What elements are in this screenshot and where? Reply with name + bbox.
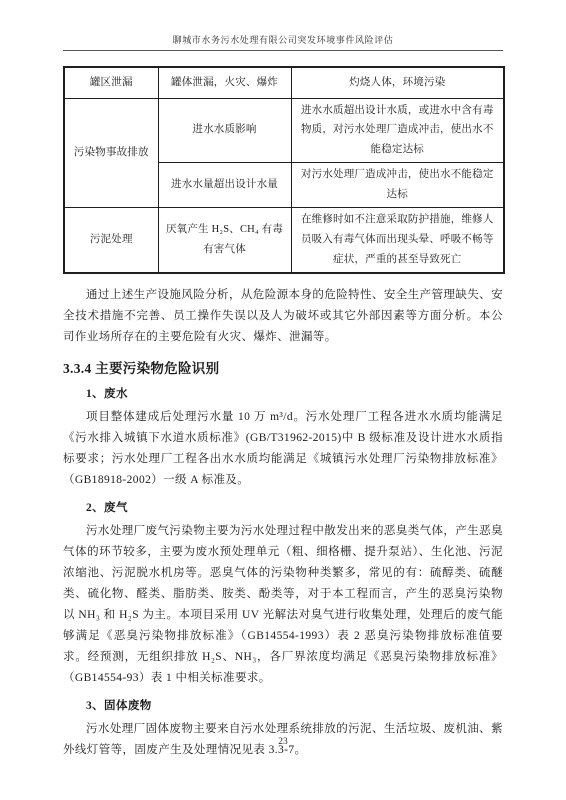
table-cell-consequence: 进水水质超出设计水质，或进水中含有毒物质，对污水处理厂造成冲击，使出水不能稳定达…: [291, 98, 504, 163]
subsection-title-waste-gas: 2、废气: [63, 498, 503, 519]
table-row-pollutant-discharge-quality: 污染物事故排放 进水水质影响 进水水质超出设计水质，或进水中含有毒物质，对污水处…: [64, 98, 504, 163]
subsection-title-solid-waste: 3、固体废物: [63, 696, 503, 717]
table-cell-risk-source: 污染物事故排放: [64, 98, 158, 208]
table-cell-risk-type: 罐体泄漏，火灾、爆炸: [158, 67, 291, 98]
table-cell-risk-type: 进水水质影响: [158, 98, 291, 163]
table-cell-risk-source: 污泥处理: [64, 208, 158, 273]
page-number: 23: [63, 737, 503, 747]
page-header: 聊城市水务污水处理有限公司突发环境事件风险评估: [63, 0, 503, 51]
waste-gas-paragraph: 污水处理厂废气污染物主要为污水处理过程中散发出来的恶臭类气体，产生恶臭气体的环节…: [63, 521, 503, 689]
document-page-content: 聊城市水务污水处理有限公司突发环境事件风险评估 罐区泄漏 罐体泄漏，火灾、爆炸 …: [63, 0, 503, 761]
table-row-tank-leak: 罐区泄漏 罐体泄漏，火灾、爆炸 灼烧人体，环境污染: [64, 67, 504, 98]
table-cell-risk-source: 罐区泄漏: [64, 67, 158, 98]
table-cell-risk-type: 厌氧产生 H₂S、CH₄ 有毒有害气体: [158, 208, 291, 273]
table-cell-risk-type: 进水水量超出设计水量: [158, 163, 291, 208]
table-cell-consequence: 灼烧人体，环境污染: [291, 67, 504, 98]
wastewater-paragraph: 项目整体建成后处理污水量 10 万 m³/d。污水处理厂工程各进水水质均能满足《…: [63, 407, 503, 491]
document-header-title: 聊城市水务污水处理有限公司突发环境事件风险评估: [63, 33, 503, 46]
table-cell-consequence: 在维修时如不注意采取防护措施，维修人员吸入有毒气体而出现头晕、呼吸不畅等症状，严…: [291, 208, 504, 273]
intro-paragraph: 通过上述生产设施风险分析，从危险源本身的危险特性、安全生产管理缺失、安全技术措施…: [63, 285, 503, 348]
table-cell-consequence: 对污水处理厂造成冲击，使出水不能稳定达标: [291, 163, 504, 208]
table-row-sludge-treatment: 污泥处理 厌氧产生 H₂S、CH₄ 有毒有害气体 在维修时如不注意采取防护措施，…: [64, 208, 504, 273]
risk-analysis-table: 罐区泄漏 罐体泄漏，火灾、爆炸 灼烧人体，环境污染 污染物事故排放 进水水质影响…: [63, 66, 505, 274]
subsection-title-wastewater: 1、废水: [63, 384, 503, 405]
section-heading-3-3-4: 3.3.4 主要污染物危险识别: [63, 357, 503, 377]
